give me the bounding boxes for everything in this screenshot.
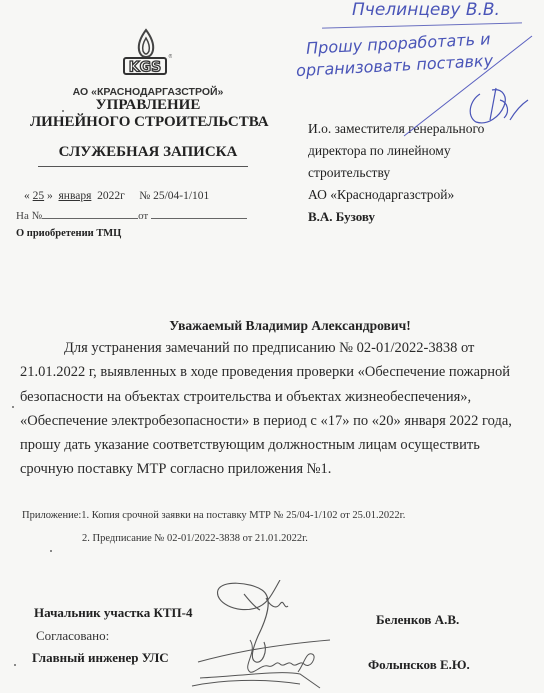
- svg-text:®: ®: [168, 53, 172, 60]
- body-line-4: «Обеспечение электробезопасности» в пери…: [20, 413, 512, 430]
- date-month: января: [59, 190, 92, 202]
- department-title-line2: ЛИНЕЙНОГО СТРОИТЕЛЬСТВА: [30, 114, 266, 131]
- attachment-item-2: 2. Предписание № 02-01/2022-3838 от 21.0…: [82, 533, 308, 544]
- flame-logo-icon: KGS ®: [120, 28, 172, 76]
- resolution-underline: [322, 22, 522, 28]
- attachments-label: Приложение:: [22, 510, 81, 521]
- resolution-recipient: Пчелинцеву В.В.: [352, 0, 500, 20]
- resolution-signature-icon: [400, 30, 544, 140]
- body-line-5: прошу дать указание соответствующим долж…: [20, 437, 480, 454]
- ref-from-label: от: [138, 210, 148, 222]
- title-divider: [38, 166, 248, 167]
- addressee-line3: строительству: [308, 165, 390, 181]
- ref-date-blank: [151, 209, 247, 219]
- document-type-title: СЛУЖЕБНАЯ ЗАПИСКА: [30, 144, 266, 161]
- date-quote-open: «: [24, 190, 30, 202]
- date-year: 2022г: [97, 190, 125, 202]
- scan-speck: [50, 550, 52, 552]
- attachment-item-1: Приложение:1. Копия срочной заявки на по…: [22, 510, 405, 521]
- addressee-name: В.А. Бузову: [308, 209, 375, 225]
- addressee-line2: директора по линейному: [308, 143, 451, 159]
- body-line-6: срочную поставку МТР согласно приложения…: [20, 461, 331, 478]
- body-line-2: 21.01.2022 г, выявленных в ходе проведен…: [20, 364, 510, 381]
- svg-text:KGS: KGS: [129, 60, 161, 76]
- ref-prefix: На №: [16, 210, 42, 222]
- date-quote-close: »: [47, 190, 53, 202]
- agreed-label: Согласовано:: [36, 628, 109, 644]
- document-date-number: « 25 » января 2022г № 25/04-1/101: [24, 190, 209, 202]
- body-line-3: безопасности на объектах строительства и…: [20, 389, 471, 406]
- approver-name: Фолынсков Е.Ю.: [368, 657, 470, 673]
- document-number: № 25/04-1/101: [139, 190, 209, 202]
- approver-title: Главный инженер УЛС: [32, 650, 169, 666]
- salutation: Уважаемый Владимир Александрович!: [0, 318, 544, 334]
- scan-speck: [62, 110, 64, 112]
- department-title-line1: УПРАВЛЕНИЕ: [40, 97, 256, 114]
- reference-line: На №от: [16, 209, 247, 222]
- addressee-line4: АО «Краснодаргазстрой»: [308, 187, 454, 203]
- signer-signature-icon: [180, 580, 350, 693]
- scan-speck: [14, 664, 16, 666]
- date-day: 25: [33, 190, 45, 202]
- signer-name: Беленков А.В.: [376, 612, 459, 628]
- subject-line: О приобретении ТМЦ: [16, 228, 121, 239]
- signer-title: Начальник участка КТП-4: [34, 605, 193, 621]
- body-line-1: Для устранения замечаний по предписанию …: [64, 340, 474, 357]
- ref-number-blank: [42, 209, 138, 219]
- company-logo: KGS ®: [120, 28, 172, 76]
- scan-speck: [12, 406, 14, 408]
